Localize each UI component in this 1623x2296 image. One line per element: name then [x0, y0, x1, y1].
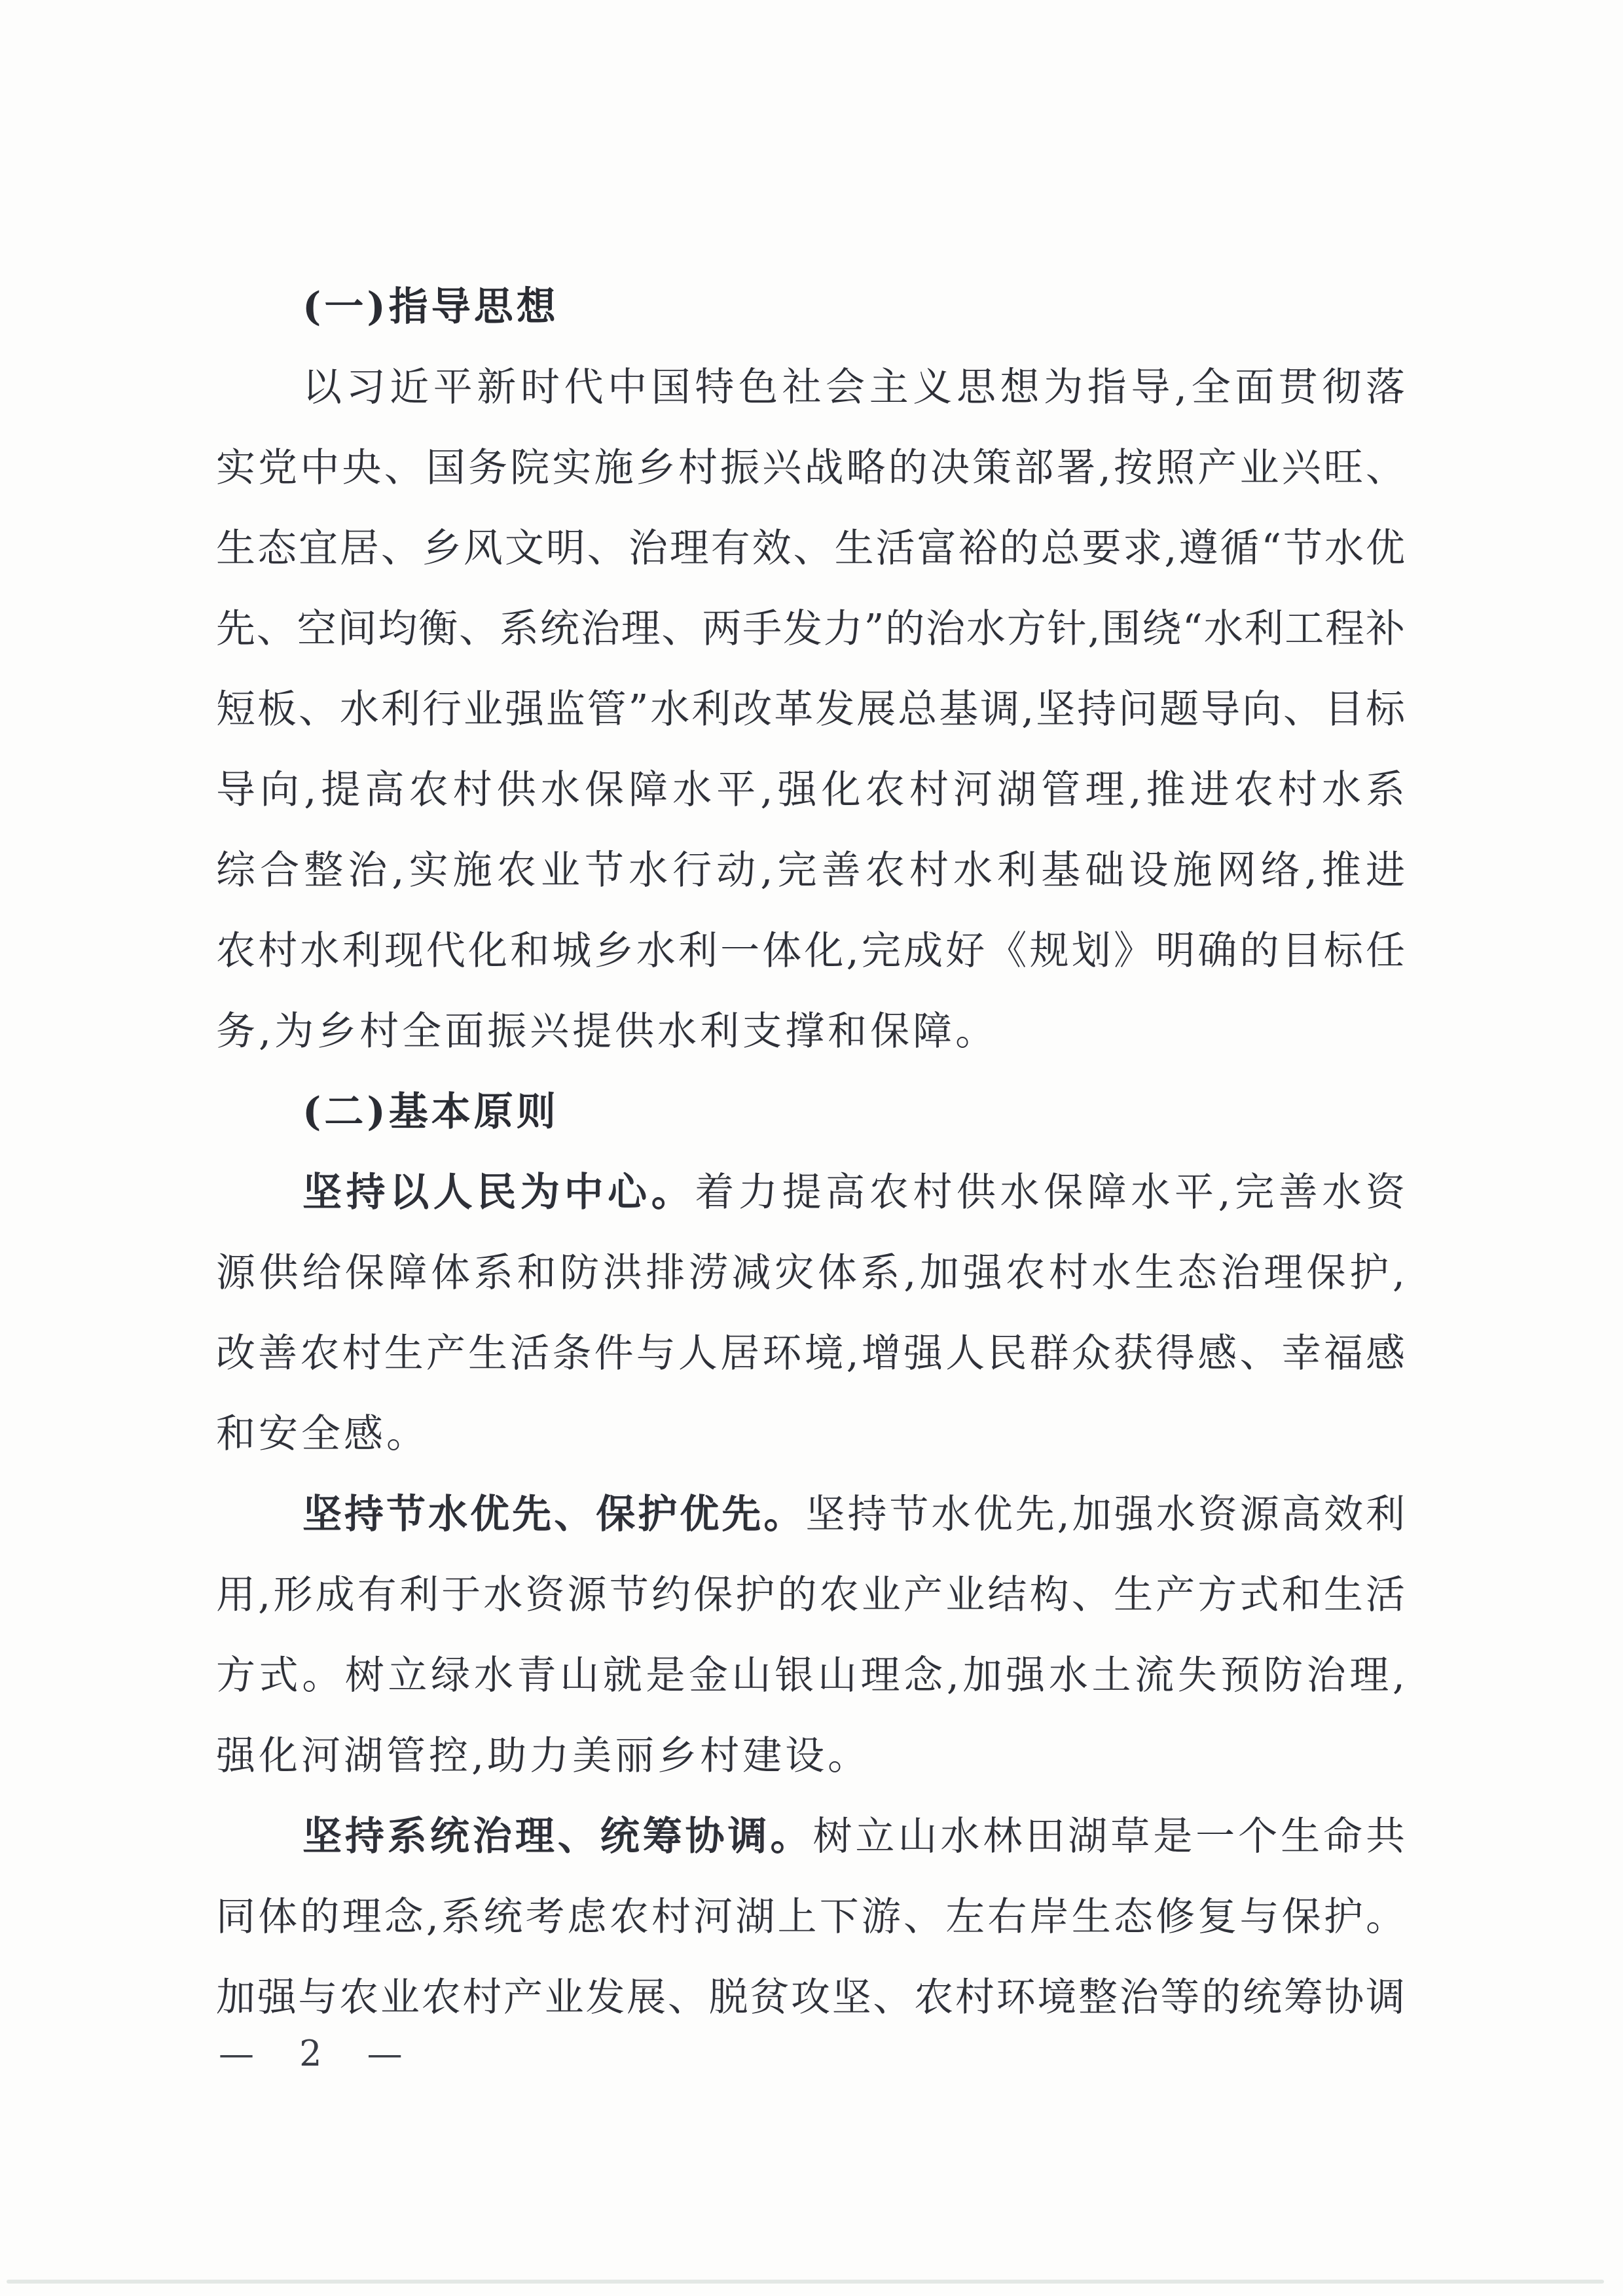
- text-line: 坚持系统治理、统筹协调。树立山水林田湖草是一个生命共: [216, 1797, 1405, 1877]
- scan-edge-artifact: [7, 2280, 1604, 2284]
- document-body: (一)指导思想 以习近平新时代中国特色社会主义思想为指导,全面贯彻落 实党中央、…: [216, 267, 1405, 2038]
- section-heading-2: (二)基本原则: [216, 1072, 1405, 1153]
- text-line: 方式。树立绿水青山就是金山银山理念,加强水土流失预防治理,: [216, 1636, 1405, 1716]
- text-line: 导向,提高农村供水保障水平,强化农村河湖管理,推进农村水系: [216, 750, 1405, 831]
- text-line: 务,为乡村全面振兴提供水利支撑和保障。: [216, 992, 1405, 1072]
- section-heading-1: (一)指导思想: [216, 267, 1405, 348]
- text-line: 源供给保障体系和防洪排涝减灾体系,加强农村水生态治理保护,: [216, 1233, 1405, 1314]
- text-line: 坚持以人民为中心。着力提高农村供水保障水平,完善水资: [216, 1153, 1405, 1233]
- text-line: 坚持节水优先、保护优先。坚持节水优先,加强水资源高效利: [216, 1475, 1405, 1555]
- text-line: 和安全感。: [216, 1394, 1405, 1475]
- heading-text: (一)指导思想: [302, 284, 559, 330]
- text-line: 先、空间均衡、系统治理、两手发力”的治水方针,围绕“水利工程补: [216, 589, 1405, 670]
- emphasis-lead: 坚持以人民为中心。: [302, 1170, 695, 1215]
- text-line: 农村水利现代化和城乡水利一体化,完成好《规划》明确的目标任: [216, 911, 1405, 992]
- text-line: 综合整治,实施农业节水行动,完善农村水利基础设施网络,推进: [216, 831, 1405, 911]
- heading-text: (二)基本原则: [302, 1089, 559, 1135]
- text-line: 改善农村生产生活条件与人居环境,增强人民群众获得感、幸福感: [216, 1314, 1405, 1394]
- text-line: 强化河湖管控,助力美丽乡村建设。: [216, 1716, 1405, 1797]
- text-line: 实党中央、国务院实施乡村振兴战略的决策部署,按照产业兴旺、: [216, 428, 1405, 509]
- page-number: — 2 —: [219, 2026, 420, 2081]
- text-line: 以习近平新时代中国特色社会主义思想为指导,全面贯彻落: [216, 348, 1405, 428]
- document-page: (一)指导思想 以习近平新时代中国特色社会主义思想为指导,全面贯彻落 实党中央、…: [0, 0, 1623, 2296]
- text-line: 短板、水利行业强监管”水利改革发展总基调,坚持问题导向、目标: [216, 670, 1405, 750]
- text-line: 用,形成有利于水资源节约保护的农业产业结构、生产方式和生活: [216, 1555, 1405, 1636]
- text-line: 生态宜居、乡风文明、治理有效、生活富裕的总要求,遵循“节水优: [216, 509, 1405, 589]
- emphasis-lead: 坚持系统治理、统筹协调。: [302, 1814, 813, 1859]
- text-line: 同体的理念,系统考虑农村河湖上下游、左右岸生态修复与保护。: [216, 1877, 1405, 1958]
- emphasis-lead: 坚持节水优先、保护优先。: [302, 1492, 805, 1537]
